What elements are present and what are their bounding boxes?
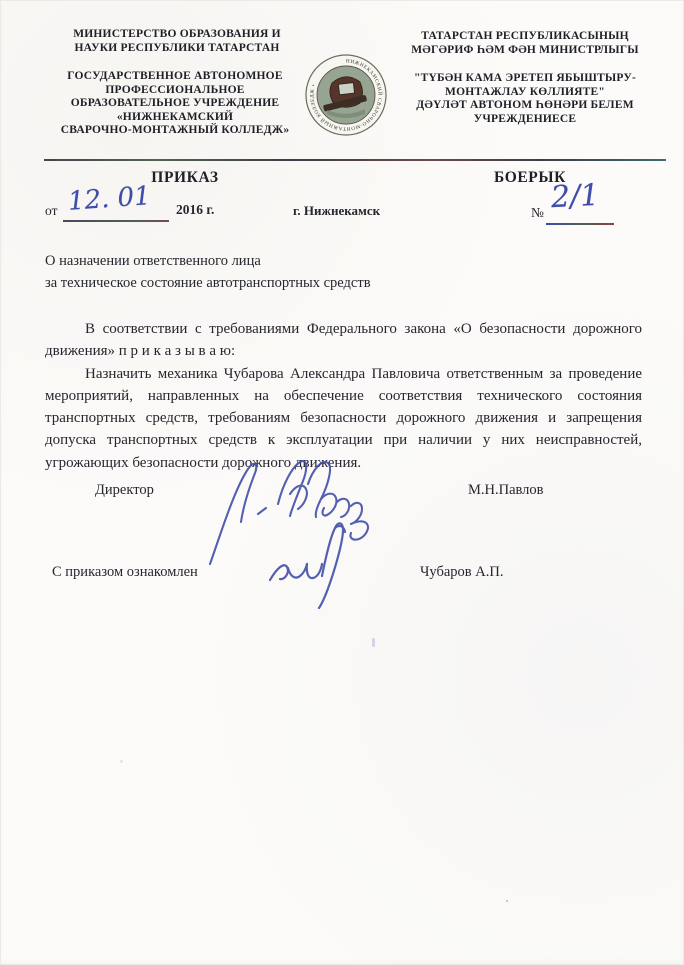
city-label: г. Нижнекамск bbox=[293, 203, 380, 219]
date-underline bbox=[63, 220, 169, 222]
acknowledgment-label: С приказом ознакомлен bbox=[52, 564, 198, 581]
header-right-organization: "ТҮБӘН КАМА ЭРЕТЕП ЯБЫШТЫРУ- МОНТАЖЛАУ К… bbox=[388, 72, 662, 126]
mechanic-signature bbox=[262, 516, 374, 616]
header-divider-rule bbox=[44, 159, 666, 161]
number-label: № bbox=[531, 205, 544, 221]
header-left-ministry: МИНИСТЕРСТВО ОБРАЗОВАНИЯ И НАУКИ РЕСПУБЛ… bbox=[42, 28, 312, 55]
date-from-label: от bbox=[45, 203, 57, 219]
scan-speckle bbox=[506, 900, 508, 902]
scan-speckle bbox=[372, 638, 375, 647]
handwritten-date: 12. 01 bbox=[67, 181, 152, 217]
number-underline bbox=[546, 223, 614, 225]
order-body: В соответствии с требованиями Федерально… bbox=[45, 318, 642, 474]
director-name: М.Н.Павлов bbox=[468, 482, 544, 499]
handwritten-order-number: 2/1 bbox=[550, 178, 600, 215]
mechanic-signature-svg bbox=[262, 516, 374, 616]
header-left-organization: ГОСУДАРСТВЕННОЕ АВТОНОМНОЕ ПРОФЕССИОНАЛЬ… bbox=[32, 70, 318, 138]
header-right-ministry: ТАТАРСТАН РЕСПУБЛИКАСЫНЫҢ МӘГӘРИФ ҺӘМ ФӘ… bbox=[396, 30, 654, 57]
body-paragraph-preamble: В соответствии с требованиями Федерально… bbox=[45, 318, 642, 363]
order-title-tatar: БОЕРЫК bbox=[390, 169, 670, 187]
director-title-label: Директор bbox=[95, 482, 154, 499]
college-emblem-svg: НИЖНЕКАМСКИЙ СВАРОЧНО-МОНТАЖНЫЙ КОЛЛЕДЖ … bbox=[303, 52, 389, 138]
scanned-order-document: МИНИСТЕРСТВО ОБРАЗОВАНИЯ И НАУКИ РЕСПУБЛ… bbox=[0, 0, 684, 965]
college-emblem-logo: НИЖНЕКАМСКИЙ СВАРОЧНО-МОНТАЖНЫЙ КОЛЛЕДЖ … bbox=[303, 52, 389, 138]
order-subject: О назначении ответственного лица за техн… bbox=[45, 250, 515, 294]
acknowledged-by-name: Чубаров А.П. bbox=[420, 564, 503, 581]
order-title-russian: ПРИКАЗ bbox=[45, 169, 325, 187]
year-label: 2016 г. bbox=[176, 202, 214, 218]
scan-speckle bbox=[120, 760, 123, 763]
